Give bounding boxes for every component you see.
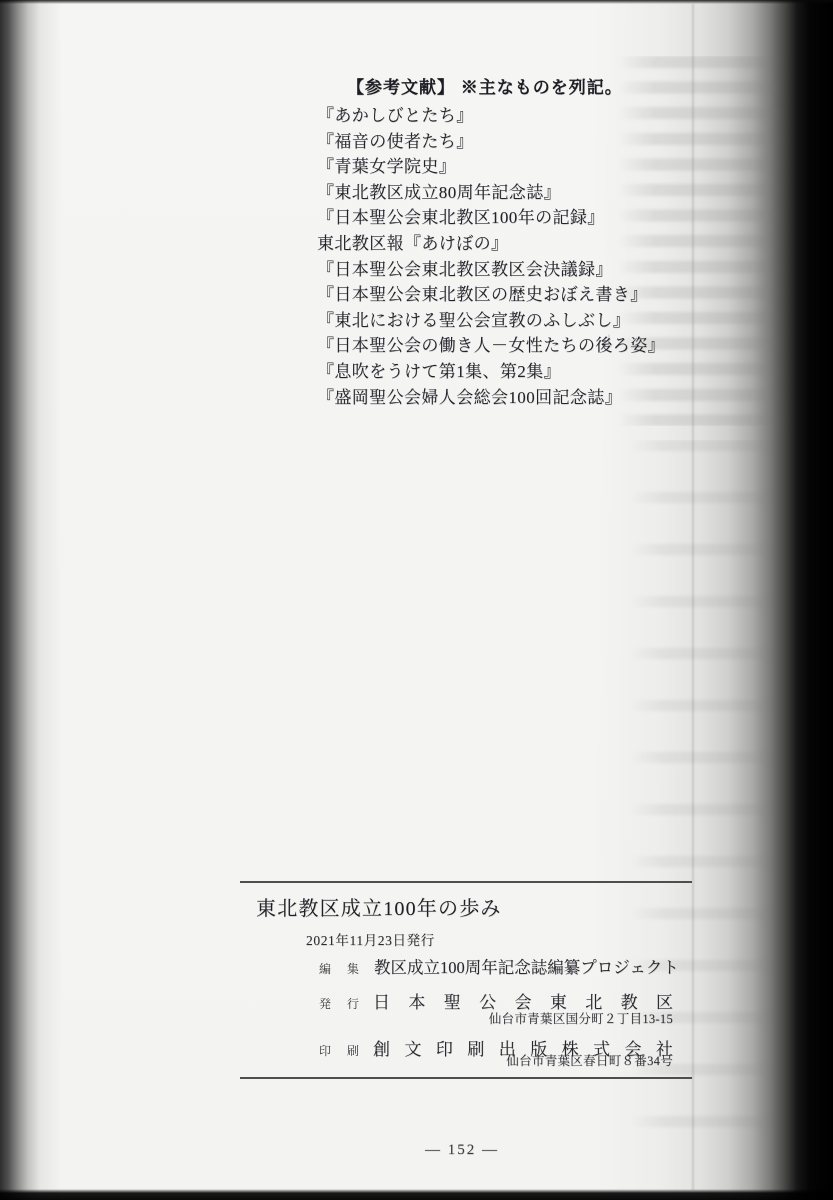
reference-item: 『あかしびとたち』 xyxy=(317,103,665,129)
reference-item: 『日本聖公会東北教区教区会決議録』 xyxy=(317,257,665,283)
page-edge-shadow xyxy=(692,4,694,1192)
scanned-book-page: 」 【参考文献】 ※主なものを列記。 『あかしびとたち』 『福音の使者たち』 『… xyxy=(0,0,833,1200)
colophon-bottom-rule xyxy=(240,1077,692,1079)
reference-item: 東北教区報『あけぼの』 xyxy=(317,231,665,257)
publisher-label: 発行 xyxy=(319,995,359,1012)
printer-label: 印刷 xyxy=(319,1042,359,1059)
colophon-top-rule xyxy=(240,881,692,883)
reference-item: 『東北における聖公会宣教のふしぶし』 xyxy=(317,308,665,334)
page-number: ― 152 ― xyxy=(425,1142,499,1159)
editor-name: 教区成立100周年記念誌編纂プロジェクト xyxy=(374,954,679,978)
reference-item: 『日本聖公会東北教区100年の記録』 xyxy=(317,205,665,231)
reference-item: 『青葉女学院史』 xyxy=(317,154,665,180)
references-heading: 【参考文献】 ※主なものを列記。 xyxy=(347,77,623,99)
reference-item: 『日本聖公会の働き人－女性たちの後ろ姿』 xyxy=(317,333,665,359)
publisher-address: 仙台市青葉区国分町２丁目13-15 xyxy=(373,1009,673,1027)
publication-date: 2021年11月23日発行 xyxy=(306,929,435,949)
reference-item: 『息吹をうけて第1集、第2集』 xyxy=(317,359,665,385)
reference-item: 『東北教区成立80周年記念誌』 xyxy=(317,180,665,206)
references-list: 『あかしびとたち』 『福音の使者たち』 『青葉女学院史』 『東北教区成立80周年… xyxy=(317,103,665,410)
reference-item: 『福音の使者たち』 xyxy=(317,129,665,155)
reference-item: 『盛岡聖公会婦人会総会100回記念誌』 xyxy=(317,385,665,411)
editor-label: 編集 xyxy=(319,960,359,977)
printer-address: 仙台市青葉区春日町８番34号 xyxy=(373,1051,673,1069)
book-title: 東北教区成立100年の歩み xyxy=(256,892,502,921)
reference-item: 『日本聖公会東北教区の歴史おぼえ書き』 xyxy=(317,282,665,308)
editor-row: 編集教区成立100周年記念誌編纂プロジェクト xyxy=(319,954,679,978)
